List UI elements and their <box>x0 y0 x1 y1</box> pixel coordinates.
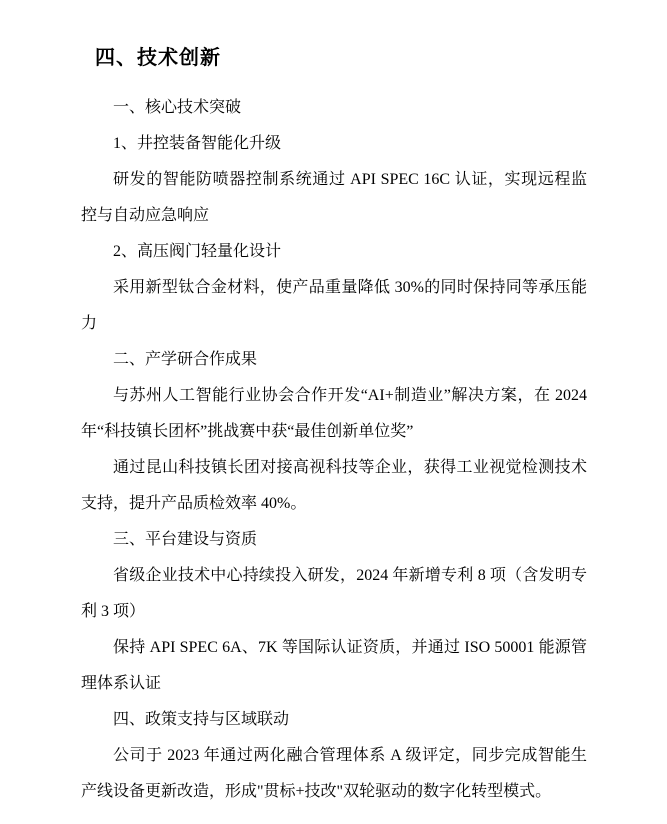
document-title: 四、技术创新 <box>95 46 587 70</box>
paragraph: 1、井控装备智能化升级 <box>81 126 587 162</box>
paragraph: 研发的智能防喷器控制系统通过 API SPEC 16C 认证，实现远程监控与自动… <box>81 162 587 234</box>
section-heading: 二、产学研合作成果 <box>81 342 587 378</box>
paragraph: 与苏州人工智能行业协会合作开发“AI+制造业”解决方案，在 2024 年“科技镇… <box>81 378 587 450</box>
section-heading: 四、政策支持与区域联动 <box>81 702 587 738</box>
document-body: 一、核心技术突破1、井控装备智能化升级研发的智能防喷器控制系统通过 API SP… <box>81 90 587 810</box>
paragraph: 省级企业技术中心持续投入研发，2024 年新增专利 8 项（含发明专利 3 项） <box>81 558 587 630</box>
paragraph: 2、高压阀门轻量化设计 <box>81 234 587 270</box>
document-page: 四、技术创新 一、核心技术突破1、井控装备智能化升级研发的智能防喷器控制系统通过… <box>0 0 667 824</box>
paragraph: 公司于 2023 年通过两化融合管理体系 A 级评定，同步完成智能生产线设备更新… <box>81 738 587 810</box>
paragraph: 采用新型钛合金材料，使产品重量降低 30%的同时保持同等承压能力 <box>81 270 587 342</box>
section-heading: 三、平台建设与资质 <box>81 522 587 558</box>
section-heading: 一、核心技术突破 <box>81 90 587 126</box>
paragraph: 通过昆山科技镇长团对接高视科技等企业，获得工业视觉检测技术支持，提升产品质检效率… <box>81 450 587 522</box>
paragraph: 保持 API SPEC 6A、7K 等国际认证资质，并通过 ISO 50001 … <box>81 630 587 702</box>
